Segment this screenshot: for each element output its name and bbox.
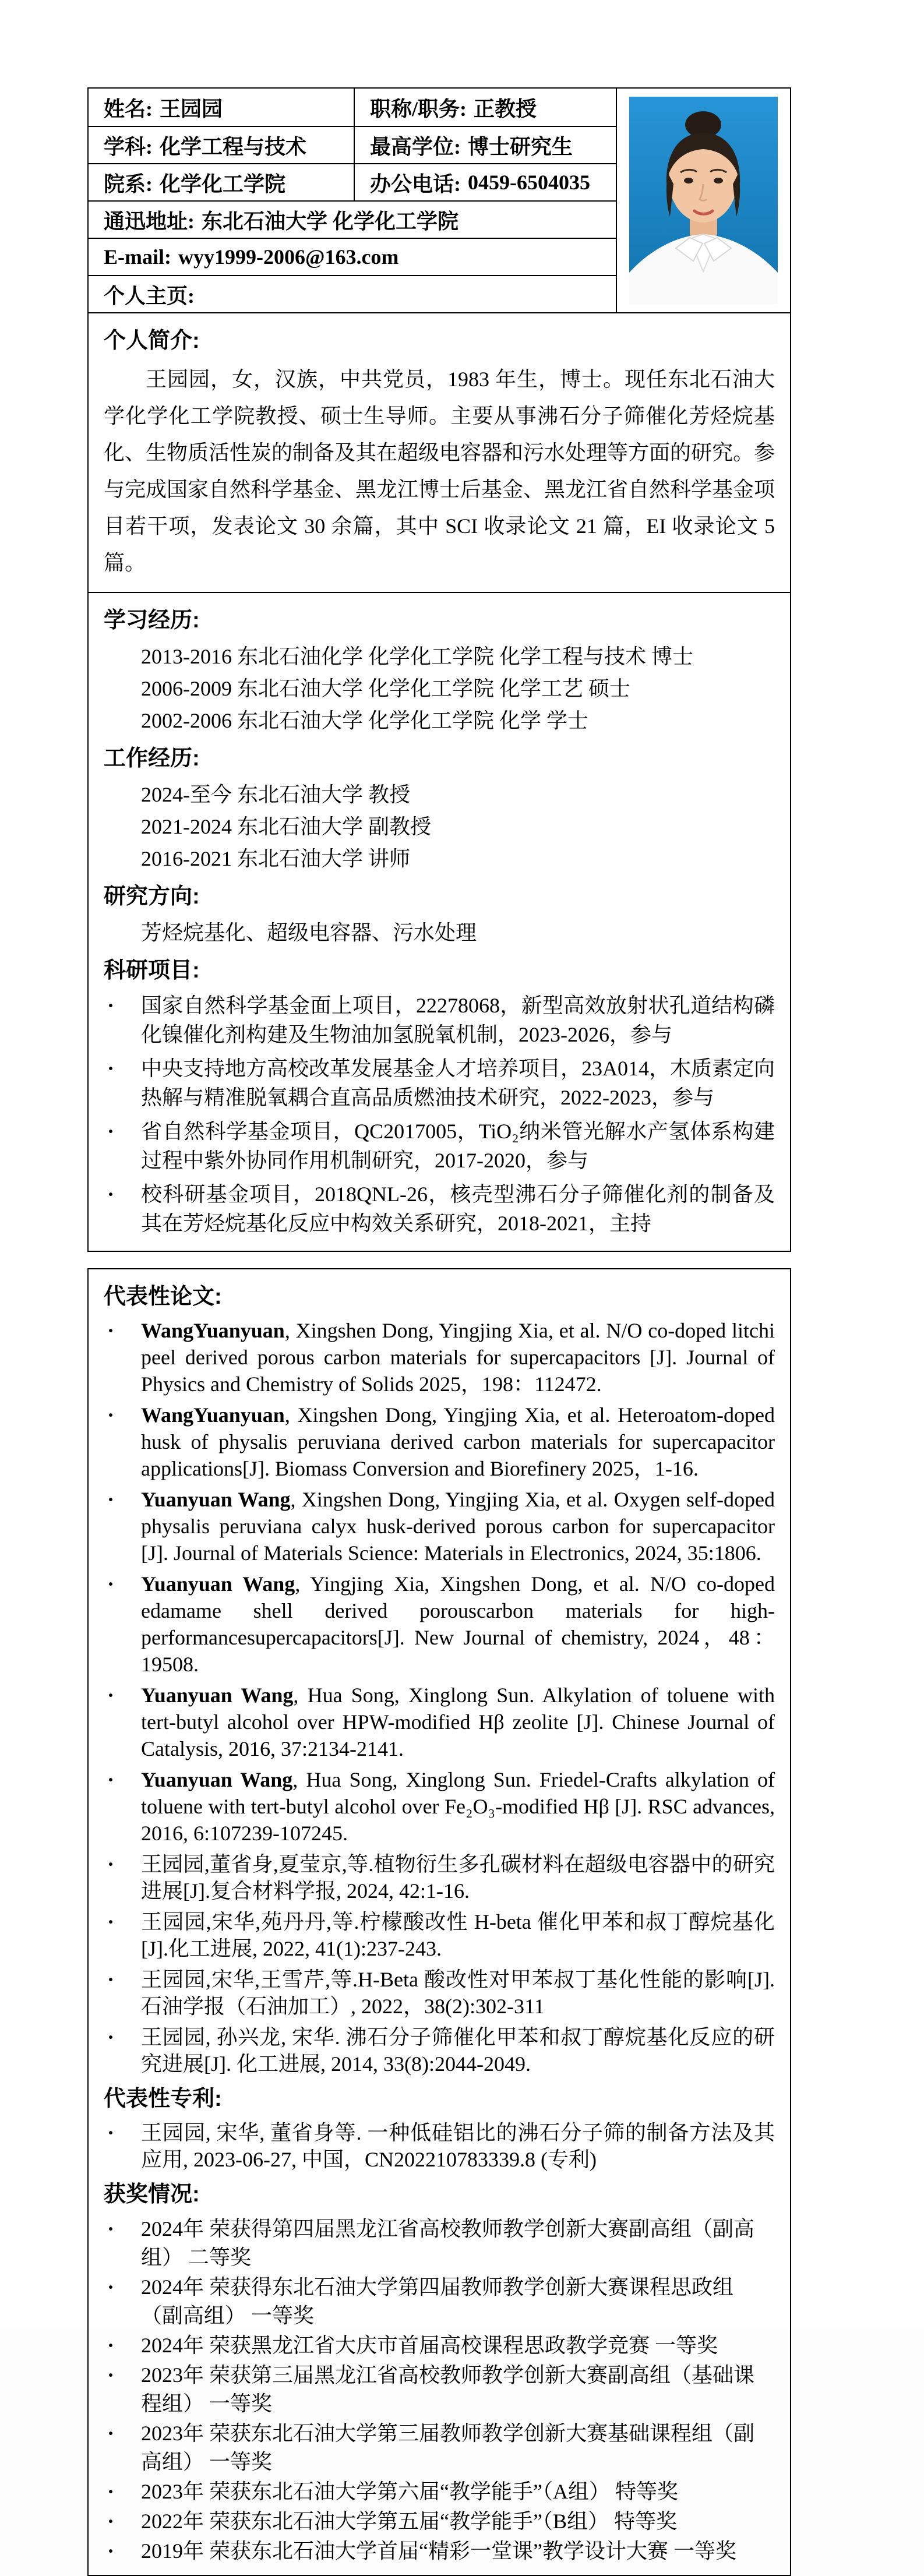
field-name-value: 王园园	[160, 93, 223, 122]
paper-item: ·WangYuanyuan, Xingshen Dong, Yingjing X…	[104, 1317, 775, 1398]
field-name: 姓名: 王园园	[89, 89, 354, 126]
patent-list: ·王园园, 宋华, 董省身等. 一种低硅铝比的沸石分子筛的制备方法及其应用, 2…	[104, 2119, 775, 2173]
field-discipline-value: 化学工程与技术	[160, 130, 306, 160]
field-phone-value: 0459-6504035	[468, 170, 590, 195]
field-homepage-label: 个人主页:	[104, 280, 195, 309]
work-item: 2024-至今 东北石油大学 教授	[104, 779, 775, 811]
paper-item: ·Yuanyuan Wang, Yingjing Xia, Xingshen D…	[104, 1571, 775, 1678]
bullet-icon: ·	[107, 1682, 114, 1709]
section-intro: 个人简介: 王园园，女，汉族，中共党员，1983 年生，博士。现任东北石油大学化…	[87, 312, 791, 593]
field-title: 职称/职务: 正教授	[354, 89, 616, 126]
item-text: 2006-2009 东北石油大学 化学化工学院 化学工艺 硕士	[141, 677, 630, 700]
item-text: WangYuanyuan, Xingshen Dong, Yingjing Xi…	[141, 1319, 775, 1396]
item-text: Yuanyuan Wang, Hua Song, Xinglong Sun. A…	[141, 1684, 775, 1760]
faculty-profile-page: 姓名: 王园园 职称/职务: 正教授	[0, 0, 924, 2328]
award-item: ·2023年 荣获第三届黑龙江省高校教师教学创新大赛副高组（基础课程组） 一等奖	[104, 2361, 775, 2418]
paper-item: ·王园园,董省身,夏莹京,等.植物衍生多孔碳材料在超级电容器中的研究进展[J].…	[104, 1851, 775, 1904]
bullet-icon: ·	[107, 991, 114, 1020]
field-address: 通迅地址: 东北石油大学 化学化工学院	[89, 200, 616, 238]
paper-list: ·WangYuanyuan, Xingshen Dong, Yingjing X…	[104, 1317, 775, 2077]
item-text: 王园园,宋华,王雪芹,等.H-Beta 酸改性对甲苯叔丁基化性能的影响[J].石…	[141, 1968, 775, 2018]
item-text: 2023年 荣获东北石油大学第六届“教学能手”（A组） 特等奖	[141, 2480, 678, 2503]
project-item: ·中央支持地方高校改革发展基金人才培养项目，23A014，木质素定向热解与精准脱…	[104, 1054, 775, 1112]
field-degree-value: 博士研究生	[468, 130, 573, 160]
section-heading-research: 研究方向:	[104, 883, 775, 910]
bullet-icon: ·	[107, 2119, 114, 2146]
section-heading-awards: 获奖情况:	[104, 2181, 775, 2208]
project-item: ·校科研基金项目，2018QNL-26，核壳型沸石分子筛催化剂的制备及其在芳烃烷…	[104, 1180, 775, 1238]
paper-first-author: Yuanyuan Wang	[141, 1488, 291, 1511]
item-text: Yuanyuan Wang, Yingjing Xia, Xingshen Do…	[141, 1572, 775, 1676]
item-text: 2024年 荣获黑龙江省大庆市首届高校课程思政教学竞赛 一等奖	[141, 2334, 718, 2357]
bullet-icon: ·	[107, 2537, 114, 2566]
field-degree: 最高学位: 博士研究生	[354, 126, 616, 163]
item-text: WangYuanyuan, Xingshen Dong, Yingjing Xi…	[141, 1403, 775, 1480]
field-discipline-label: 学科:	[104, 130, 153, 160]
paper-item: ·Yuanyuan Wang, Xingshen Dong, Yingjing …	[104, 1486, 775, 1566]
paper-first-author: WangYuanyuan	[141, 1319, 285, 1342]
item-text: 2019年 荣获东北石油大学首届“精彩一堂课”教学设计大赛 一等奖	[141, 2539, 736, 2563]
field-department: 院系: 化学化工学院	[89, 163, 354, 200]
bullet-icon: ·	[107, 1486, 114, 1513]
item-text: 2023年 荣获东北石油大学第三届教师教学创新大赛基础课程组（副高组） 一等奖	[141, 2422, 754, 2473]
item-text: 2024-至今 东北石油大学 教授	[141, 783, 410, 806]
paper-first-author: Yuanyuan Wang	[141, 1768, 292, 1791]
field-email-label: E-mail:	[104, 245, 171, 269]
field-email: E-mail: wyy1999-2006@163.com	[89, 238, 616, 275]
bullet-icon: ·	[107, 2215, 114, 2243]
education-list: 2013-2016 东北石油化学 化学化工学院 化学工程与技术 博士2006-2…	[104, 641, 775, 737]
photo-cell	[616, 89, 790, 312]
paper-item: ·WangYuanyuan, Xingshen Dong, Yingjing X…	[104, 1402, 775, 1482]
section-resume: 学习经历: 2013-2016 东北石油化学 化学化工学院 化学工程与技术 博士…	[87, 592, 791, 1252]
paper-first-author: WangYuanyuan	[141, 1403, 285, 1427]
intro-paragraph: 王园园，女，汉族，中共党员，1983 年生，博士。现任东北石油大学化学化工学院教…	[104, 361, 775, 581]
section-publications: 代表性论文: ·WangYuanyuan, Xingshen Dong, Yin…	[87, 1268, 791, 2576]
item-text: 2016-2021 东北石油大学 讲师	[141, 847, 410, 870]
patent-item: ·王园园, 宋华, 董省身等. 一种低硅铝比的沸石分子筛的制备方法及其应用, 2…	[104, 2119, 775, 2173]
profile-photo	[629, 97, 778, 304]
bullet-icon: ·	[107, 1908, 114, 1935]
item-text: 2024年 荣获得东北石油大学第四届教师教学创新大赛课程思政组（副高组） 一等奖	[141, 2275, 733, 2327]
paper-item: ·王园园,宋华,王雪芹,等.H-Beta 酸改性对甲苯叔丁基化性能的影响[J].…	[104, 1966, 775, 2020]
item-text: Yuanyuan Wang, Xingshen Dong, Yingjing X…	[141, 1488, 775, 1565]
award-item: ·2023年 荣获东北石油大学第六届“教学能手”（A组） 特等奖	[104, 2478, 775, 2506]
education-item: 2013-2016 东北石油化学 化学化工学院 化学工程与技术 博士	[104, 641, 775, 673]
item-text: 2013-2016 东北石油化学 化学化工学院 化学工程与技术 博士	[141, 645, 693, 668]
profile-info-table: 姓名: 王园园 职称/职务: 正教授	[87, 87, 791, 313]
item-text: 2024年 荣获得第四届黑龙江省高校教师教学创新大赛副高组（副高组） 二等奖	[141, 2217, 754, 2269]
item-text: 校科研基金项目，2018QNL-26，核壳型沸石分子筛催化剂的制备及其在芳烃烷基…	[141, 1183, 775, 1235]
section-heading-education: 学习经历:	[104, 607, 775, 634]
paper-first-author: Yuanyuan Wang	[141, 1572, 295, 1596]
bullet-icon: ·	[107, 1117, 114, 1146]
item-text: 王园园,董省身,夏莹京,等.植物衍生多孔碳材料在超级电容器中的研究进展[J].复…	[141, 1852, 775, 1903]
section-heading-projects: 科研项目:	[104, 957, 775, 984]
education-item: 2002-2006 东北石油大学 化学化工学院 化学 学士	[104, 705, 775, 737]
award-list: ·2024年 荣获得第四届黑龙江省高校教师教学创新大赛副高组（副高组） 二等奖·…	[104, 2215, 775, 2566]
field-discipline: 学科: 化学工程与技术	[89, 126, 354, 163]
work-item: 2021-2024 东北石油大学 副教授	[104, 811, 775, 843]
award-item: ·2022年 荣获东北石油大学第五届“教学能手”（B组） 特等奖	[104, 2507, 775, 2536]
bullet-icon: ·	[107, 1966, 114, 1993]
field-department-value: 化学化工学院	[160, 168, 285, 197]
item-text: 中央支持地方高校改革发展基金人才培养项目，23A014，木质素定向热解与精准脱氧…	[141, 1057, 775, 1109]
paper-item: ·Yuanyuan Wang, Hua Song, Xinglong Sun. …	[104, 1766, 775, 1847]
award-item: ·2019年 荣获东北石油大学首届“精彩一堂课”教学设计大赛 一等奖	[104, 2537, 775, 2566]
item-text: 省自然科学基金项目，QC2017005，TiO₂纳米管光解水产氢体系构建过程中紫…	[141, 1120, 775, 1172]
education-item: 2006-2009 东北石油大学 化学化工学院 化学工艺 硕士	[104, 673, 775, 705]
field-department-label: 院系:	[104, 168, 153, 197]
field-address-value: 东北石油大学 化学化工学院	[202, 205, 459, 235]
item-text: 2023年 荣获第三届黑龙江省高校教师教学创新大赛副高组（基础课程组） 一等奖	[141, 2363, 754, 2415]
section-heading-patents: 代表性专利:	[104, 2085, 775, 2112]
item-text: 王园园, 宋华, 董省身等. 一种低硅铝比的沸石分子筛的制备方法及其应用, 20…	[141, 2121, 775, 2171]
item-text: 王园园,宋华,苑丹丹,等.柠檬酸改性 H-beta 催化甲苯和叔丁醇烷基化[J]…	[141, 1910, 775, 1960]
bullet-icon: ·	[107, 2419, 114, 2448]
paper-first-author: Yuanyuan Wang	[141, 1684, 293, 1707]
bullet-icon: ·	[107, 2331, 114, 2360]
field-name-label: 姓名:	[104, 93, 153, 122]
field-address-label: 通迅地址:	[104, 205, 195, 235]
research-direction-list: 芳烃烷基化、超级电容器、污水处理	[104, 917, 775, 949]
field-phone-label: 办公电话:	[370, 168, 461, 197]
award-item: ·2024年 荣获得东北石油大学第四届教师教学创新大赛课程思政组（副高组） 一等…	[104, 2273, 775, 2330]
bullet-icon: ·	[107, 1054, 114, 1083]
bullet-icon: ·	[107, 1317, 114, 1344]
field-title-value: 正教授	[474, 93, 537, 122]
award-item: ·2023年 荣获东北石油大学第三届教师教学创新大赛基础课程组（副高组） 一等奖	[104, 2419, 775, 2476]
award-item: ·2024年 荣获得第四届黑龙江省高校教师教学创新大赛副高组（副高组） 二等奖	[104, 2215, 775, 2272]
bullet-icon: ·	[107, 1571, 114, 1597]
bullet-icon: ·	[107, 2507, 114, 2536]
item-text: 王园园, 孙兴龙, 宋华. 沸石分子筛催化甲苯和叔丁醇烷基化反应的研究进展[J]…	[141, 2025, 775, 2076]
bullet-icon: ·	[107, 2361, 114, 2390]
bullet-icon: ·	[107, 1766, 114, 1793]
paper-item: ·Yuanyuan Wang, Hua Song, Xinglong Sun. …	[104, 1682, 775, 1762]
section-heading-intro: 个人简介:	[104, 327, 775, 354]
work-list: 2024-至今 东北石油大学 教授2021-2024 东北石油大学 副教授201…	[104, 779, 775, 875]
project-list: ·国家自然科学基金面上项目，22278068，新型高效放射状孔道结构磷化镍催化剂…	[104, 991, 775, 1238]
item-text: 2021-2024 东北石油大学 副教授	[141, 815, 431, 838]
project-item: ·省自然科学基金项目，QC2017005，TiO₂纳米管光解水产氢体系构建过程中…	[104, 1117, 775, 1175]
field-email-value: wyy1999-2006@163.com	[178, 245, 398, 269]
field-degree-label: 最高学位:	[370, 130, 461, 160]
bullet-icon: ·	[107, 1851, 114, 1878]
bullet-icon: ·	[107, 2478, 114, 2506]
item-text: 2002-2006 东北石油大学 化学化工学院 化学 学士	[141, 709, 588, 732]
bullet-icon: ·	[107, 1180, 114, 1209]
project-item: ·国家自然科学基金面上项目，22278068，新型高效放射状孔道结构磷化镍催化剂…	[104, 991, 775, 1049]
item-text: 芳烃烷基化、超级电容器、污水处理	[141, 921, 477, 944]
item-text: 国家自然科学基金面上项目，22278068，新型高效放射状孔道结构磷化镍催化剂构…	[141, 994, 775, 1046]
item-text: Yuanyuan Wang, Hua Song, Xinglong Sun. F…	[141, 1768, 775, 1845]
profile-content: 姓名: 王园园 职称/职务: 正教授	[87, 87, 791, 2576]
field-title-label: 职称/职务:	[370, 93, 467, 122]
section-heading-work: 工作经历:	[104, 745, 775, 772]
award-item: ·2024年 荣获黑龙江省大庆市首届高校课程思政教学竞赛 一等奖	[104, 2331, 775, 2360]
research-direction-item: 芳烃烷基化、超级电容器、污水处理	[104, 917, 775, 949]
work-item: 2016-2021 东北石油大学 讲师	[104, 843, 775, 875]
paper-item: ·王园园,宋华,苑丹丹,等.柠檬酸改性 H-beta 催化甲苯和叔丁醇烷基化[J…	[104, 1908, 775, 1962]
field-homepage: 个人主页:	[89, 275, 616, 312]
bullet-icon: ·	[107, 2024, 114, 2051]
paper-item: ·王园园, 孙兴龙, 宋华. 沸石分子筛催化甲苯和叔丁醇烷基化反应的研究进展[J…	[104, 2024, 775, 2077]
section-heading-papers: 代表性论文:	[104, 1283, 775, 1310]
item-text: 2022年 荣获东北石油大学第五届“教学能手”（B组） 特等奖	[141, 2510, 677, 2533]
bullet-icon: ·	[107, 2273, 114, 2302]
field-phone: 办公电话: 0459-6504035	[354, 163, 616, 200]
bullet-icon: ·	[107, 1402, 114, 1428]
